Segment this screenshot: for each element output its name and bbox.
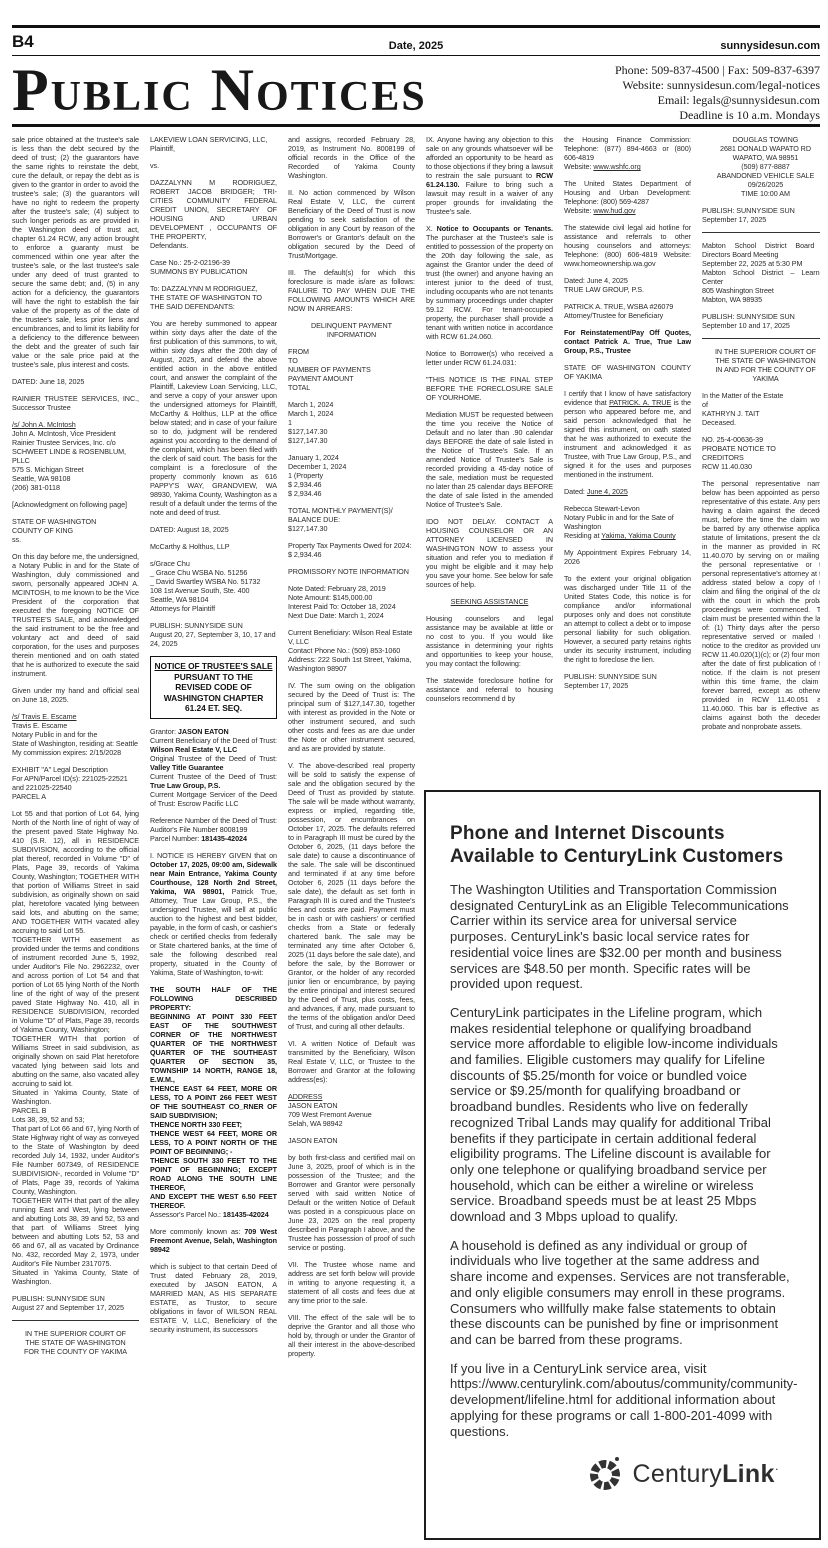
contact-info: Phone: 509-837-4500 | Fax: 509-837-6397 … <box>615 57 820 123</box>
notice-text-block: The personal representative named below … <box>702 479 820 731</box>
notice-text-block: TOTAL MONTHLY PAYMENT(S)/BALANCE DUE:$12… <box>288 506 415 533</box>
notice-heading-box: NOTICE OF TRUSTEE'S SALEPURSUANT TO THER… <box>150 656 277 719</box>
notice-text-block: STATE OF WASHINGTON COUNTY OF YAKIMA <box>564 363 691 381</box>
notice-text-block: PUBLISH: SUNNYSIDE SUNSeptember 17, 2025 <box>702 206 820 224</box>
notice-text-block: [Acknowledgment on following page] <box>12 500 139 509</box>
ad-paragraph: CenturyLink participates in the Lifeline… <box>450 1005 791 1225</box>
notice-text-block: Given under my hand and official seal on… <box>12 686 139 704</box>
centurylink-logo: CenturyLink· <box>450 1455 791 1493</box>
notice-text-block: Housing counselors and legal assistance … <box>426 614 553 668</box>
notice-text-block: Dated: June 4, 2025TRUE LAW GROUP, P.S. <box>564 276 691 294</box>
notice-divider <box>702 338 820 339</box>
notice-text-block: LAKEVIEW LOAN SERVICING, LLC,Plaintiff, <box>150 135 277 153</box>
notice-text-block: and assigns, recorded February 28, 2019,… <box>288 135 415 180</box>
notice-text-block: PUBLISH: SUNNYSIDE SUNAugust 20, 27, Sep… <box>150 621 277 648</box>
notice-text-block: For Reinstatement/Pay Off Quotes, contac… <box>564 328 691 355</box>
notice-text-block: PUBLISH: SUNNYSIDE SUNSeptember 10 and 1… <box>702 312 820 330</box>
notice-text-block: To: DAZZALYNN M RODRIGUEZ,THE STATE OF W… <box>150 284 277 311</box>
contact-email: Email: legals@sunnysidesun.com <box>615 93 820 108</box>
notice-text-block: Current Beneficiary: Wilson Real Estate … <box>288 628 415 673</box>
notice-text-block: The statewide civil legal aid hotline fo… <box>564 223 691 268</box>
notice-text-block: II. No action commenced by Wilson Real E… <box>288 188 415 260</box>
notice-text-block: Property Tax Payments Owed for 2024:$ 2,… <box>288 541 415 559</box>
notice-text-block: To the extent your original obligation w… <box>564 574 691 664</box>
notice-text-block: IDO NOT DELAY. CONTACT A HOUSING COUNSEL… <box>426 517 553 589</box>
notice-text-block: /s/ John A. McIntoshJohn A. McIntosh, Vi… <box>12 420 139 492</box>
notice-text-block: Note Dated: February 28, 2019Note Amount… <box>288 584 415 620</box>
notice-text-block: ADDRESSJASON EATON709 West Fremont Avenu… <box>288 1092 415 1128</box>
notice-text-block: Mediation MUST be requested between the … <box>426 410 553 509</box>
notice-text-block: Reference Number of the Deed of Trust: A… <box>150 816 277 843</box>
ad-paragraph: A household is defined as any individual… <box>450 1238 791 1348</box>
ad-paragraph: The Washington Utilities and Transportat… <box>450 882 791 992</box>
page-title: Public Notices <box>12 58 427 122</box>
contact-phone-fax: Phone: 509-837-4500 | Fax: 509-837-6397 <box>615 63 820 78</box>
notice-text-block: DATED: August 18, 2025 <box>150 525 277 534</box>
notice-text-block: In the Matter of the EstateofKATHRYN J. … <box>702 391 820 427</box>
notice-column-2: LAKEVIEW LOAN SERVICING, LLC,Plaintiff,v… <box>150 135 277 1535</box>
notice-text-block: McCarthy & Holthus, LLP <box>150 542 277 551</box>
page-header: B4 Date, 2025 sunnysidesun.com <box>12 28 820 55</box>
contact-website: Website: sunnysidesun.com/legal-notices <box>615 78 820 93</box>
masthead: Public Notices Phone: 509-837-4500 | Fax… <box>12 56 820 124</box>
notice-text-block: RAINIER TRUSTEE SERVICES, INC., Successo… <box>12 394 139 412</box>
notice-divider <box>702 232 820 233</box>
notice-text-block: JASON EATON <box>288 1136 415 1145</box>
newspaper-page: B4 Date, 2025 sunnysidesun.com Public No… <box>0 0 828 1548</box>
notice-text-block: On this day before me, the undersigned, … <box>12 552 139 678</box>
notice-column-3: and assigns, recorded February 28, 2019,… <box>288 135 415 1535</box>
notice-text-block: You are hereby summoned to appear within… <box>150 319 277 517</box>
notice-text-block: VIII. The effect of the sale will be to … <box>288 1313 415 1358</box>
notice-text-block: My Appointment Expires February 14, 2026 <box>564 548 691 566</box>
notice-text-block: Case No.: 25-2-02196-39SUMMONS BY PUBLIC… <box>150 258 277 276</box>
notice-text-block: Rebecca Stewart-LevonNotary Public in an… <box>564 504 691 540</box>
notice-text-block: STATE OF WASHINGTONCOUNTY OF KINGss. <box>12 517 139 544</box>
notice-text-block: sale price obtained at the trustee's sal… <box>12 135 139 369</box>
notice-text-block: Notice to Borrower(s) who received a let… <box>426 349 553 367</box>
notice-column-1: sale price obtained at the trustee's sal… <box>12 135 139 1535</box>
notice-text-block: January 1, 2024December 1, 20241 (Proper… <box>288 453 415 498</box>
notice-text-block: "THIS NOTICE IS THE FINAL STEP BEFORE TH… <box>426 375 553 402</box>
notice-text-block: vs. <box>150 161 277 170</box>
notice-text-block: Grantor: JASON EATONCurrent Beneficiary … <box>150 727 277 808</box>
notice-text-block: which is subject to that certain Deed of… <box>150 1262 277 1334</box>
centurylink-logo-text: CenturyLink· <box>632 1460 779 1489</box>
notice-text-block: III. The default(s) for which this forec… <box>288 268 415 313</box>
notice-text-block: VII. The Trustee whose name and address … <box>288 1260 415 1305</box>
ad-title: Phone and Internet DiscountsAvailable to… <box>450 822 791 868</box>
notice-text-block: PATRICK A. TRUE, WSBA #26079Attorney/Tru… <box>564 302 691 320</box>
notice-text-block: /s/ Travis E. EscameTravis E. EscameNota… <box>12 712 139 757</box>
notice-text-block: PUBLISH: SUNNYSIDE SUNAugust 27 and Sept… <box>12 1294 139 1312</box>
notice-text-block: IV. The sum owing on the obligation secu… <box>288 681 415 753</box>
notice-centered-heading: IN THE SUPERIOR COURT OFTHE STATE OF WAS… <box>12 1329 139 1356</box>
notice-text-block: NO. 25-4-00636-39PROBATE NOTICE TOCREDIT… <box>702 435 820 471</box>
notice-text-block: FROMTONUMBER OF PAYMENTSPAYMENT AMOUNTTO… <box>288 347 415 392</box>
notice-text-block: The United States Department of Housing … <box>564 179 691 215</box>
notice-text-block: DATED: June 18, 2025 <box>12 377 139 386</box>
notice-text-block: I. NOTICE IS HEREBY GIVEN that on Octobe… <box>150 851 277 977</box>
notice-text-block: VI. A written Notice of Default was tran… <box>288 1039 415 1084</box>
logo-trademark-dot: · <box>775 1461 779 1475</box>
notice-centered-heading: DELINQUENT PAYMENTINFORMATION <box>288 321 415 339</box>
notice-text-block: PUBLISH: SUNNYSIDE SUNSeptember 17, 2025 <box>564 672 691 690</box>
notice-text-block: the Housing Finance Commission: Telephon… <box>564 135 691 171</box>
notice-text-block: Dated: June 4, 2025 <box>564 487 691 496</box>
notice-centered-heading: SEEKING ASSISTANCE <box>426 597 553 606</box>
notice-text-block: X. Notice to Occupants or Tenants. The p… <box>426 224 553 341</box>
notice-text-block: EXHIBIT "A" Legal DescriptionFor APN/Par… <box>12 765 139 801</box>
centurylink-sunburst-icon <box>586 1455 624 1493</box>
notice-centered-heading: IN THE SUPERIOR COURT OFTHE STATE OF WAS… <box>702 347 820 383</box>
notice-text-block: by both first-class and certified mail o… <box>288 1153 415 1252</box>
notice-text-block: The statewide foreclosure hotline for as… <box>426 676 553 703</box>
masthead-divider <box>12 124 820 127</box>
notice-text-block: s/Grace Chu_ Grace Chu WSBA No. 51256_ D… <box>150 559 277 613</box>
notice-text-block: Lot 55 and that portion of Lot 64, lying… <box>12 809 139 1286</box>
contact-deadline: Deadline is 10 a.m. Mondays <box>615 108 820 123</box>
logo-text-regular: Century <box>632 1460 722 1488</box>
ad-paragraph: If you live in a CenturyLink service are… <box>450 1361 791 1440</box>
notice-text-block: IX. Anyone having any objection to this … <box>426 135 553 216</box>
centurylink-ad: Phone and Internet DiscountsAvailable to… <box>424 790 821 1540</box>
notice-centered-heading: DOUGLAS TOWING2681 DONALD WAPATO RDWAPAT… <box>702 135 820 198</box>
notice-text-block: More commonly known as: 709 West Freemon… <box>150 1227 277 1254</box>
notice-text-block: THE SOUTH HALF OF THE FOLLOWING DESCRIBE… <box>150 985 277 1219</box>
notice-text-block: PROMISSORY NOTE INFORMATION <box>288 567 415 576</box>
notice-text-block: DAZZALYNN M RODRIGUEZ, ROBERT JACOB BRID… <box>150 178 277 250</box>
logo-text-bold: Link <box>722 1460 775 1488</box>
notice-text-block: March 1, 2024March 1, 20241$127,147.30$1… <box>288 400 415 445</box>
notice-text-block: Mabton School District Board of Director… <box>702 241 820 304</box>
notice-divider <box>12 1320 139 1321</box>
notice-text-block: V. The above-described real property wil… <box>288 761 415 1031</box>
header-date: Date, 2025 <box>281 40 550 52</box>
header-site-url: sunnysidesun.com <box>551 40 820 52</box>
page-number: B4 <box>12 32 281 52</box>
notice-text-block: I certify that I know of have satisfacto… <box>564 389 691 479</box>
ad-body: The Washington Utilities and Transportat… <box>450 882 791 1439</box>
